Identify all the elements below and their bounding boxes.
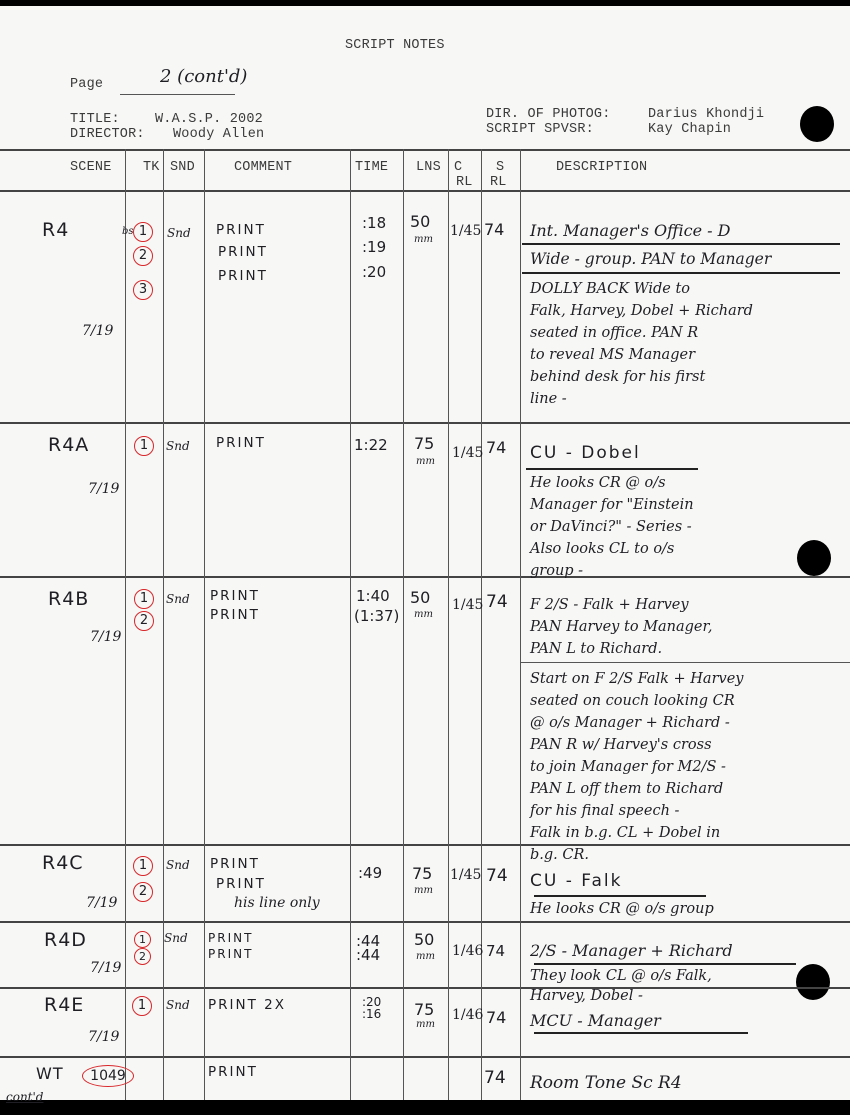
sound-mark: Snd (166, 593, 190, 605)
scene-date: 7/19 (88, 1030, 119, 1044)
circled-take: 1049 (82, 1065, 134, 1087)
page-label: Page (70, 77, 103, 92)
comment: PRINT (218, 246, 268, 260)
take-time: 1:22 (354, 438, 388, 453)
sound-mark: Snd (166, 999, 190, 1011)
row-rule-1 (0, 422, 850, 424)
col-header-crl-top: C (454, 160, 462, 175)
scene-date: 7/19 (88, 482, 119, 496)
col-rule-comment (204, 149, 205, 1100)
take-time: :44 (356, 948, 380, 963)
comment: PRINT (210, 590, 260, 604)
comment: PRINT (218, 270, 268, 284)
col-rule-desc (520, 149, 521, 1100)
scene-date: 7/19 (90, 630, 121, 644)
comment: PRINT (216, 437, 266, 451)
description-divider (520, 662, 850, 663)
comment: PRINT (216, 224, 266, 238)
circled-take: 1 (133, 856, 153, 876)
script-notes-sheet: SCRIPT NOTES Page 2 (cont'd) TITLE: W.A.… (0, 6, 850, 1100)
take-prefix: bs (122, 227, 134, 237)
sound-roll: 74 (486, 594, 508, 611)
col-header-comment: COMMENT (234, 160, 292, 175)
supervisor-value: Kay Chapin (648, 122, 731, 137)
page-value: 2 (cont'd) (160, 68, 247, 86)
col-rule-tk (125, 149, 126, 1100)
circled-take: 1 (132, 996, 152, 1016)
scene-number: R4B (48, 590, 89, 609)
row-rule-6 (0, 1056, 850, 1058)
col-header-time: TIME (355, 160, 388, 175)
circled-take: 2 (134, 611, 154, 631)
col-rule-crl (448, 149, 449, 1100)
sound-mark: Snd (166, 440, 190, 452)
circled-take: 2 (134, 948, 151, 965)
scene-number: R4 (42, 221, 69, 240)
camera-roll: 1/46 (452, 944, 483, 958)
scene-number: WT (36, 1066, 64, 1082)
circled-take: 2 (133, 882, 153, 902)
page-underline (120, 94, 235, 95)
col-header-srl-top: S (496, 160, 504, 175)
description-heading: MCU - Manager (530, 1010, 840, 1032)
comment: PRINT 2X (208, 999, 286, 1013)
subheading-underline (522, 272, 840, 274)
scene-number: R4C (42, 854, 84, 873)
col-header-tk: TK (143, 160, 160, 175)
camera-roll: 1/45 (452, 446, 483, 460)
lens: 75 (412, 866, 432, 882)
dop-value: Darius Khondji (648, 107, 764, 122)
col-header-description: DESCRIPTION (556, 160, 647, 175)
description-heading: CU - Falk (530, 870, 840, 892)
comment: PRINT (208, 1066, 258, 1080)
circled-take: 1 (134, 931, 151, 948)
heading-underline (526, 468, 698, 470)
col-header-snd: SND (170, 160, 195, 175)
description-subheading: Wide - group. PAN to Manager (530, 248, 840, 270)
description-body: Start on F 2/S Falk + Harvey seated on c… (530, 668, 840, 866)
take-time: (1:37) (354, 609, 399, 624)
heading-underline (534, 963, 796, 965)
scene-number: R4D (44, 931, 87, 950)
sound-mark: Snd (167, 227, 191, 239)
take-time: :19 (362, 240, 386, 255)
col-header-lns: LNS (416, 160, 441, 175)
lens-unit: mm (416, 1020, 435, 1030)
title-label: TITLE: (70, 112, 120, 127)
sound-roll: 74 (486, 1010, 506, 1026)
lens: 75 (414, 436, 434, 452)
col-rule-snd (163, 149, 164, 1100)
description-body: He looks CR @ o/s Manager for "Einstein … (530, 472, 840, 582)
camera-roll: 1/45 (450, 224, 481, 238)
dop-label: DIR. OF PHOTOG: (486, 107, 611, 122)
comment: his line only (234, 896, 320, 910)
header-bottom-rule (0, 190, 850, 192)
title-value: W.A.S.P. 2002 (155, 112, 263, 127)
supervisor-label: SCRIPT SPVSR: (486, 122, 594, 137)
sound-roll: 74 (486, 868, 508, 885)
director-value: Woody Allen (173, 127, 264, 142)
lens-unit: mm (414, 886, 433, 896)
punch-hole-top (800, 106, 834, 142)
description-body: He looks CR @ o/s group (530, 898, 840, 920)
take-time: :16 (362, 1008, 381, 1020)
heading-underline (534, 1032, 748, 1034)
camera-roll: 1/45 (452, 598, 483, 612)
col-rule-lns (403, 149, 404, 1100)
sound-roll: 74 (486, 944, 505, 959)
lens: 50 (410, 214, 430, 230)
lens: 50 (414, 932, 434, 948)
heading-underline (522, 243, 840, 245)
circled-take: 1 (133, 222, 153, 242)
sound-mark: Snd (166, 859, 190, 871)
sound-roll: 74 (484, 222, 504, 238)
take-time: :18 (362, 216, 386, 231)
circled-take: 2 (133, 246, 153, 266)
take-time: 1:40 (356, 589, 390, 604)
director-label: DIRECTOR: (70, 127, 145, 142)
description-body: DOLLY BACK Wide to Falk, Harvey, Dobel +… (530, 278, 840, 410)
scene-date: 7/19 (82, 324, 113, 338)
lens-unit: mm (414, 235, 433, 245)
row-rule-4 (0, 921, 850, 923)
lens-unit: mm (414, 610, 433, 620)
comment: PRINT (208, 932, 253, 944)
scene-number: R4A (48, 436, 89, 455)
col-header-srl-bottom: RL (490, 175, 507, 190)
description-heading: Room Tone Sc R4 (530, 1072, 840, 1094)
form-title: SCRIPT NOTES (345, 38, 445, 53)
comment: PRINT (208, 948, 253, 960)
description-body: They look CL @ o/s Falk, Harvey, Dobel - (530, 966, 840, 1006)
comment: PRINT (216, 878, 266, 892)
continued-note: cont'd (6, 1091, 43, 1103)
comment: PRINT (210, 609, 260, 623)
sound-roll: 74 (486, 440, 506, 456)
lens: 75 (414, 1002, 434, 1018)
scene-number: R4E (44, 996, 84, 1015)
sound-mark: Snd (164, 932, 188, 944)
col-header-crl-bottom: RL (456, 175, 473, 190)
circled-take: 1 (134, 589, 154, 609)
col-rule-time (350, 149, 351, 1100)
circled-take: 1 (134, 436, 154, 456)
heading-underline (534, 895, 706, 897)
scene-date: 7/19 (90, 961, 121, 975)
camera-roll: 1/46 (452, 1008, 483, 1022)
camera-roll: 1/45 (450, 868, 481, 882)
sound-roll: 74 (484, 1070, 506, 1087)
description-heading: 2/S - Manager + Richard (530, 940, 840, 962)
lens-unit: mm (416, 952, 435, 962)
table-top-rule (0, 149, 850, 151)
description-heading: CU - Dobel (530, 442, 840, 464)
comment: PRINT (210, 858, 260, 872)
circled-take: 3 (133, 280, 153, 300)
take-time: :49 (358, 866, 382, 881)
description-heading: Int. Manager's Office - D (530, 220, 840, 242)
take-time: :20 (362, 265, 386, 280)
description-heading: F 2/S - Falk + Harvey PAN Harvey to Mana… (530, 594, 840, 660)
col-header-scene: SCENE (70, 160, 112, 175)
scene-date: 7/19 (86, 896, 117, 910)
lens-unit: mm (416, 457, 435, 467)
lens: 50 (410, 590, 430, 606)
